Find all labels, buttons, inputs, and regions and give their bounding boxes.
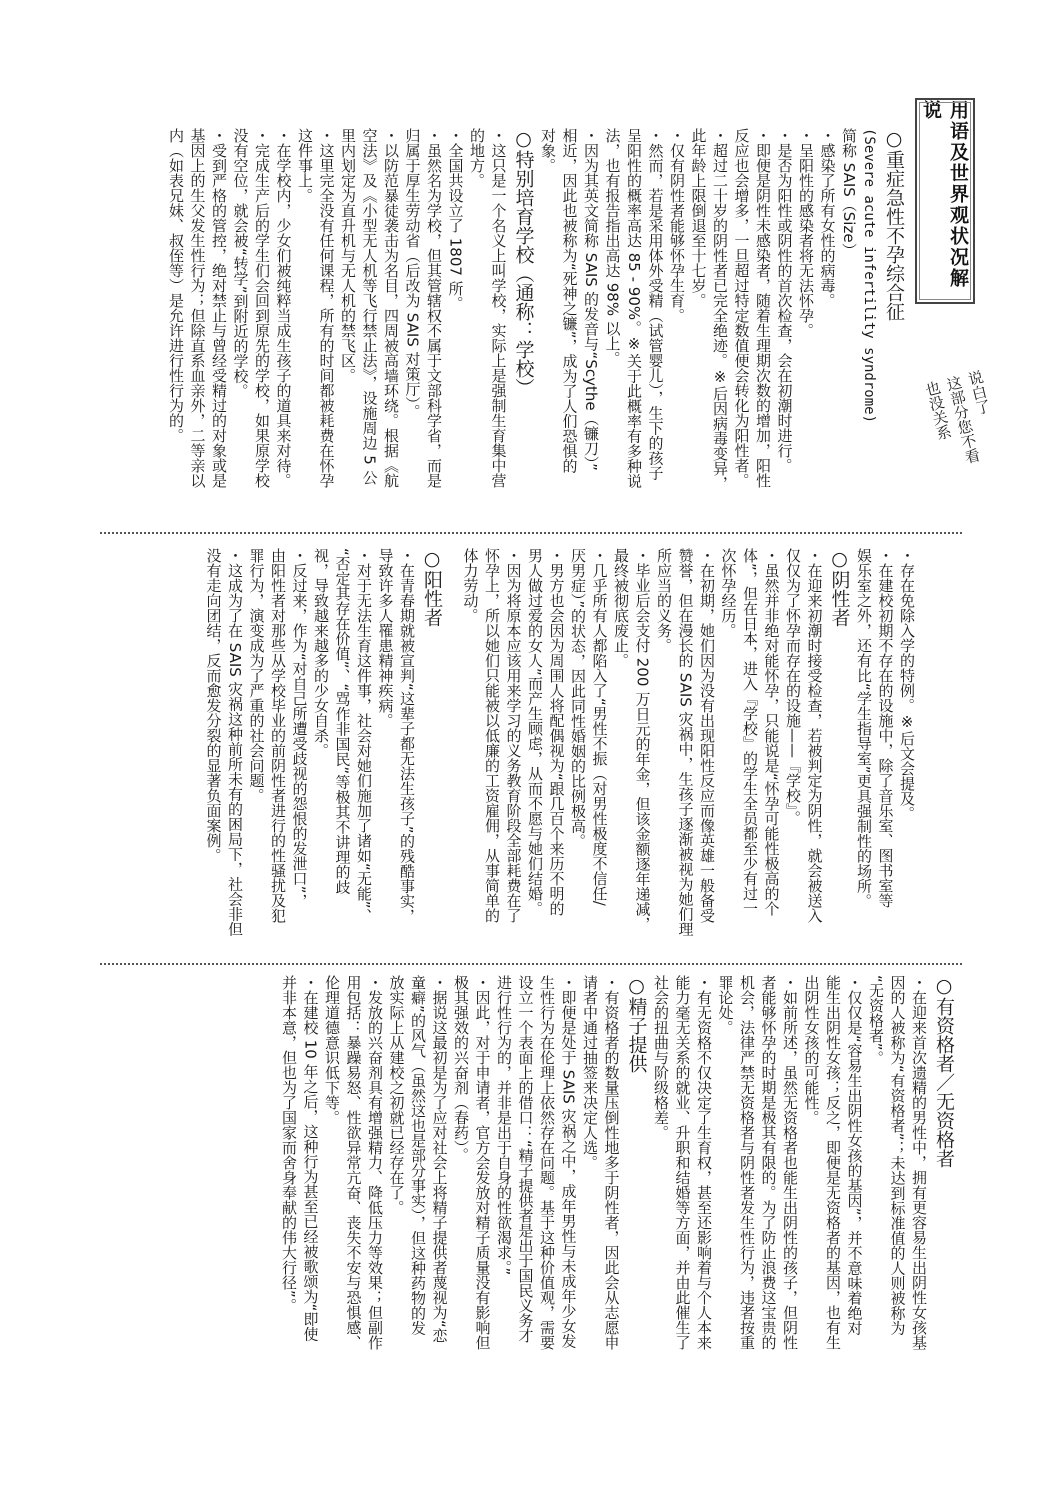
entry-line: 仅仅为了怀孕而存在的设施——『学校』。 [782,548,804,953]
entry-heading: ○有资格者／无资格者 [931,975,957,1380]
entry-line: ・然而，若是采用体外受精（试管婴儿），生下的孩子 [644,128,666,518]
entry-line: ・在学校内，少女们被纯粹当成生孩子的道具来对待。 [272,128,294,518]
entry-special-school: ○特别培育学校（通称：学校） ・这只是一个名义上叫学校，实际上是强制生育集中营 … [165,128,537,518]
entry-line: ・仅有阴性者能够怀孕生育。 [666,128,688,518]
entry-line: 因的人被称为“有资格者”；未达到标准值的人则被称为 [886,975,908,1380]
entry-line: 伦理道德意识低下等。 [321,975,343,1380]
entry-line: 男人做过爱的女人”而产生顾虑，从而不愿与她们结婚。 [524,548,546,953]
entry-line: 能力毫无关系的就业、升职和结婚等方面，并由此催生了 [671,975,693,1380]
entry-line: ・即便是阴性未感染者，随着生理期次数的增加，阳性 [752,128,774,518]
entry-line: 对象。 [537,128,559,518]
entry-line: 反应也会增多，一旦超过特定数值便会转化为阳性者。 [730,128,752,518]
entry-line: 进行性行为的，并非是出于自身的性欲渴求。” [493,975,515,1380]
entry-line: ・在建校初期不存在的设施中，除了音乐室、图书室等 [874,548,896,953]
entry-line: ・以防范暴徒袭击为名目，四周被高墙环绕。根据《航 [380,128,402,518]
entry-line: 生性行为在伦理上依然存在问题。基于这种价值观，需要 [536,975,558,1380]
glossary-page: 用语及世界观状况解说 说白了 这部分您不看 也没关系 ○重症急性不孕综合征 (S… [0,0,1057,1500]
entry-line: ・发放的兴奋剂具有增强精力、降低压力等效果；但副作 [364,975,386,1380]
entry-line: 视，导致越来越多的少女自杀。 [310,548,332,953]
entry-line: ・虽然名为学校，但其管辖权不属于文部科学省，而是 [423,128,445,518]
page-title: 用语及世界观状况解说 [918,100,972,302]
entry-subheading: (Severe acute infertility syndrome) [859,128,879,518]
entry-line: ・男方也会因为周围人将配偶视为“跟几百个来历不明的 [545,548,567,953]
entry-line: 基因上的生父发生性行为；但除直系血亲外，二等亲以 [186,128,208,518]
entry-line: 归属于厚生劳动省（后改为 SAIS 对策厅）。 [401,128,423,518]
entry-line: ・在迎来首次遗精的男性中，拥有更容易生出阴性女孩基 [908,975,930,1380]
entry-line: 并非本意，但也为了国家而舍身奉献的伟大行径”。 [278,975,300,1380]
entry-line: 简称 SAIS（Size） [838,128,860,518]
entry-line: 机会，法律严禁无资格者与阴性者发生性行为，违者按重 [736,975,758,1380]
entry-line: ・在迎来初潮时接受检查，若被判定为阴性，就会被送入 [803,548,825,953]
entry-line: ・这里完全没有任何课程，所有的时间都被耗费在怀孕 [315,128,337,518]
entry-line: 次怀孕经历。 [717,548,739,953]
entry-line: 的地方。 [466,128,488,518]
entry-line: 法，也有报告指出高达 98% 以上。 [601,128,623,518]
page-title-box: 用语及世界观状况解说 [915,98,975,304]
entry-line: 社会的扭曲与阶级格差。 [650,975,672,1380]
entry-line: 极其强效的兴奋剂（春药）。 [450,975,472,1380]
entry-line: ・完成生产后的学生们会回到原先的学校，如果原学校 [251,128,273,518]
entry-positive: ○阳性者 ・在青春期就被宣判“这辈子都无法生孩子”的残酷事实， 导致许多人罹患精… [202,548,445,953]
entry-line: ・超过二十岁的阴性者已完全绝迹。※后因病毒变异， [709,128,731,518]
entry-line: ・有资格者的数量压倒性地多于阴性者，因此会从志愿申 [600,975,622,1380]
entry-line: 童癖”的风气（虽然这也是部分事实），但这种药物的发 [407,975,429,1380]
entry-line: 体力劳动。 [459,548,481,953]
entry-line: ・有无资格不仅决定了生育权，甚至还影响着与个人本来 [693,975,715,1380]
entry-line: ・因为其英文简称 SAIS 的发音与“Scythe（镰刀）” [580,128,602,518]
entry-line: 相近，因此也被称为“死神之镰”，成为了人们恐惧的 [558,128,580,518]
entry-line: 没有走向团结，反而愈发分裂的显著负面案例。 [202,548,224,953]
entry-line: ・因此，对于申请者，官方会发放对精子质量没有影响但 [471,975,493,1380]
entry-heading: ○阴性者 [827,548,853,953]
entry-heading: ○特别培育学校（通称：学校） [511,128,537,518]
entry-heading: ○精子提供 [624,975,650,1380]
entry-line: ・反过来，作为“对自己所遭受歧视的怨恨的发泄口”， [288,548,310,953]
entry-line: 空法》及《小型无人机等飞行禁止法》，设施周边 5 公 [358,128,380,518]
entry-line: ・受到严格的管控，绝对禁止与曾经受精过的对象或是 [208,128,230,518]
entry-line: 怀孕上，所以她们只能被以低廉的工资雇佣，从事简单的 [481,548,503,953]
entry-line: 导致许多人罹患精神疾病。 [374,548,396,953]
entry-line: 这件事上。 [294,128,316,518]
entry-line: ・因为将原本应该用来学习的义务教育阶段全部耗费在了 [502,548,524,953]
entry-line: ・即便是处于 SAIS 灾祸之中，成年男性与未成年少女发 [557,975,579,1380]
entry-heading: ○阳性者 [419,548,445,953]
entry-line: 体”，但在日本，进入『学校』的学生全员都至少有过一 [739,548,761,953]
entry-line: 放实际上从建校之初就已经存在了。 [385,975,407,1380]
entry-line: “否定其存在价值”、“骂作非国民”等极其不讲理的歧 [331,548,353,953]
entry-line: 内（如表兄妹、叔侄等）是允许进行性行为的。 [165,128,187,518]
entry-heading: ○重症急性不孕综合征 [881,128,907,518]
entry-line: ・虽然并非绝对能怀孕，只能说是“怀孕可能性极高的个 [760,548,782,953]
entry-line: ・几乎所有人都陷入了“男性不振（对男性极度不信任/ [588,548,610,953]
entry-line: 者能够怀孕的时期是极其有限的。为了防止浪费这宝贵的 [757,975,779,1380]
entry-qualified: ○有资格者／无资格者 ・在迎来首次遗精的男性中，拥有更容易生出阴性女孩基 因的人… [650,975,958,1380]
entry-line: ・这只是一个名义上叫学校，实际上是强制生育集中营 [487,128,509,518]
entry-line: ・全国共设立了 1807 所。 [444,128,466,518]
entry-line: ・毕业后会支付 200 万日元的年金，但该金额逐年递减， [631,548,653,953]
dotted-divider [100,963,962,965]
entry-line: 罪论处。 [714,975,736,1380]
entry-line: ・感染了所有女性的病毒。 [816,128,838,518]
entry-line: 罪行为，演变成为了严重的社会问题。 [245,548,267,953]
entry-sperm-donation: ○精子提供 ・有资格者的数量压倒性地多于阴性者，因此会从志愿申 请者中通过抽签来… [278,975,650,1380]
entry-line: 请者中通过抽签来决定人选。 [579,975,601,1380]
entry-line: 厌男症）”的状态，因此同性婚姻的比例极高。 [567,548,589,953]
entry-line: ・据说这最初是为了应对社会上将精子提供者蔑视为“恋 [428,975,450,1380]
entry-line: 由阳性者对那些从学校毕业的前阴性者进行的性骚扰及犯 [267,548,289,953]
entry-line: ・对于无法生育这件事，社会对她们施加了诸如“无能”、 [353,548,375,953]
entry-line: 能生出阴性女孩；反之，即便是无资格者的基因，也有生 [822,975,844,1380]
entry-line: “无资格者”。 [865,975,887,1380]
dotted-divider [100,532,962,534]
entry-line: ・呈阳性的感染者将无法怀孕。 [795,128,817,518]
entry-line: 设立一个表面上的借口：“精子提供者是出于国民义务才 [514,975,536,1380]
entry-line: 赞誉，但在漫长的 SAIS 灾祸中，生孩子逐渐被视为她们理 [674,548,696,953]
entry-line: 里内划定为直升机与无人机的禁飞区。 [337,128,359,518]
entry-line: ・仅仅是“容易生出阴性女孩的基因”，并不意味着绝对 [843,975,865,1380]
entry-line: ・这成为了在 SAIS 灾祸这种前所未有的困局下，社会非但 [224,548,246,953]
entry-line: ・如前所述，虽然无资格者也能生出阴性的孩子，但阴性 [779,975,801,1380]
entry-line: 娱乐室之外，还有比“学生指导室”更具强制性的场所。 [853,548,875,953]
entry-line: 没有空位，就会被“转学”到附近的学校。 [229,128,251,518]
entry-sais: ○重症急性不孕综合征 (Severe acute infertility syn… [537,128,908,518]
entry-line: ・存在免除入学的特例。※后文会提及。 [896,548,918,953]
section-bottom: ○有资格者／无资格者 ・在迎来首次遗精的男性中，拥有更容易生出阴性女孩基 因的人… [264,975,958,1380]
entry-line: ・在青春期就被宣判“这辈子都无法生孩子”的残酷事实， [396,548,418,953]
entry-school-continued: ・存在免除入学的特例。※后文会提及。 ・在建校初期不存在的设施中，除了音乐室、图… [853,548,918,953]
handwritten-aside-note: 说白了 这部分您不看 也没关系 [920,368,1011,491]
entry-line: 所应当的义务。 [653,548,675,953]
section-top: ○重症急性不孕综合征 (Severe acute infertility syn… [151,128,908,518]
entry-line: ・在初期，她们因为没有出现阳性反应而像英雄一般备受 [696,548,718,953]
entry-line: ・在建校 10 年之后，这种行为甚至已经被歌颂为“即使 [299,975,321,1380]
entry-line: 此年龄上限倒退至十七岁。 [687,128,709,518]
entry-line: 呈阳性的概率高达 85 - 90%。※关于此概率有多种说 [623,128,645,518]
section-middle: ・存在免除入学的特例。※后文会提及。 ・在建校初期不存在的设施中，除了音乐室、图… [188,548,917,953]
entry-line: 最终被彻底废止。 [610,548,632,953]
entry-line: 用包括：暴躁易怒、性欲异常亢奋、丧失不安与恐惧感、 [342,975,364,1380]
entry-line: ・是否为阳性或阴性的首次检查，会在初潮时进行。 [773,128,795,518]
entry-negative: ○阴性者 ・在迎来初潮时接受检查，若被判定为阴性，就会被送入 仅仅为了怀孕而存在… [459,548,853,953]
entry-line: 出阴性女孩的可能性。 [800,975,822,1380]
